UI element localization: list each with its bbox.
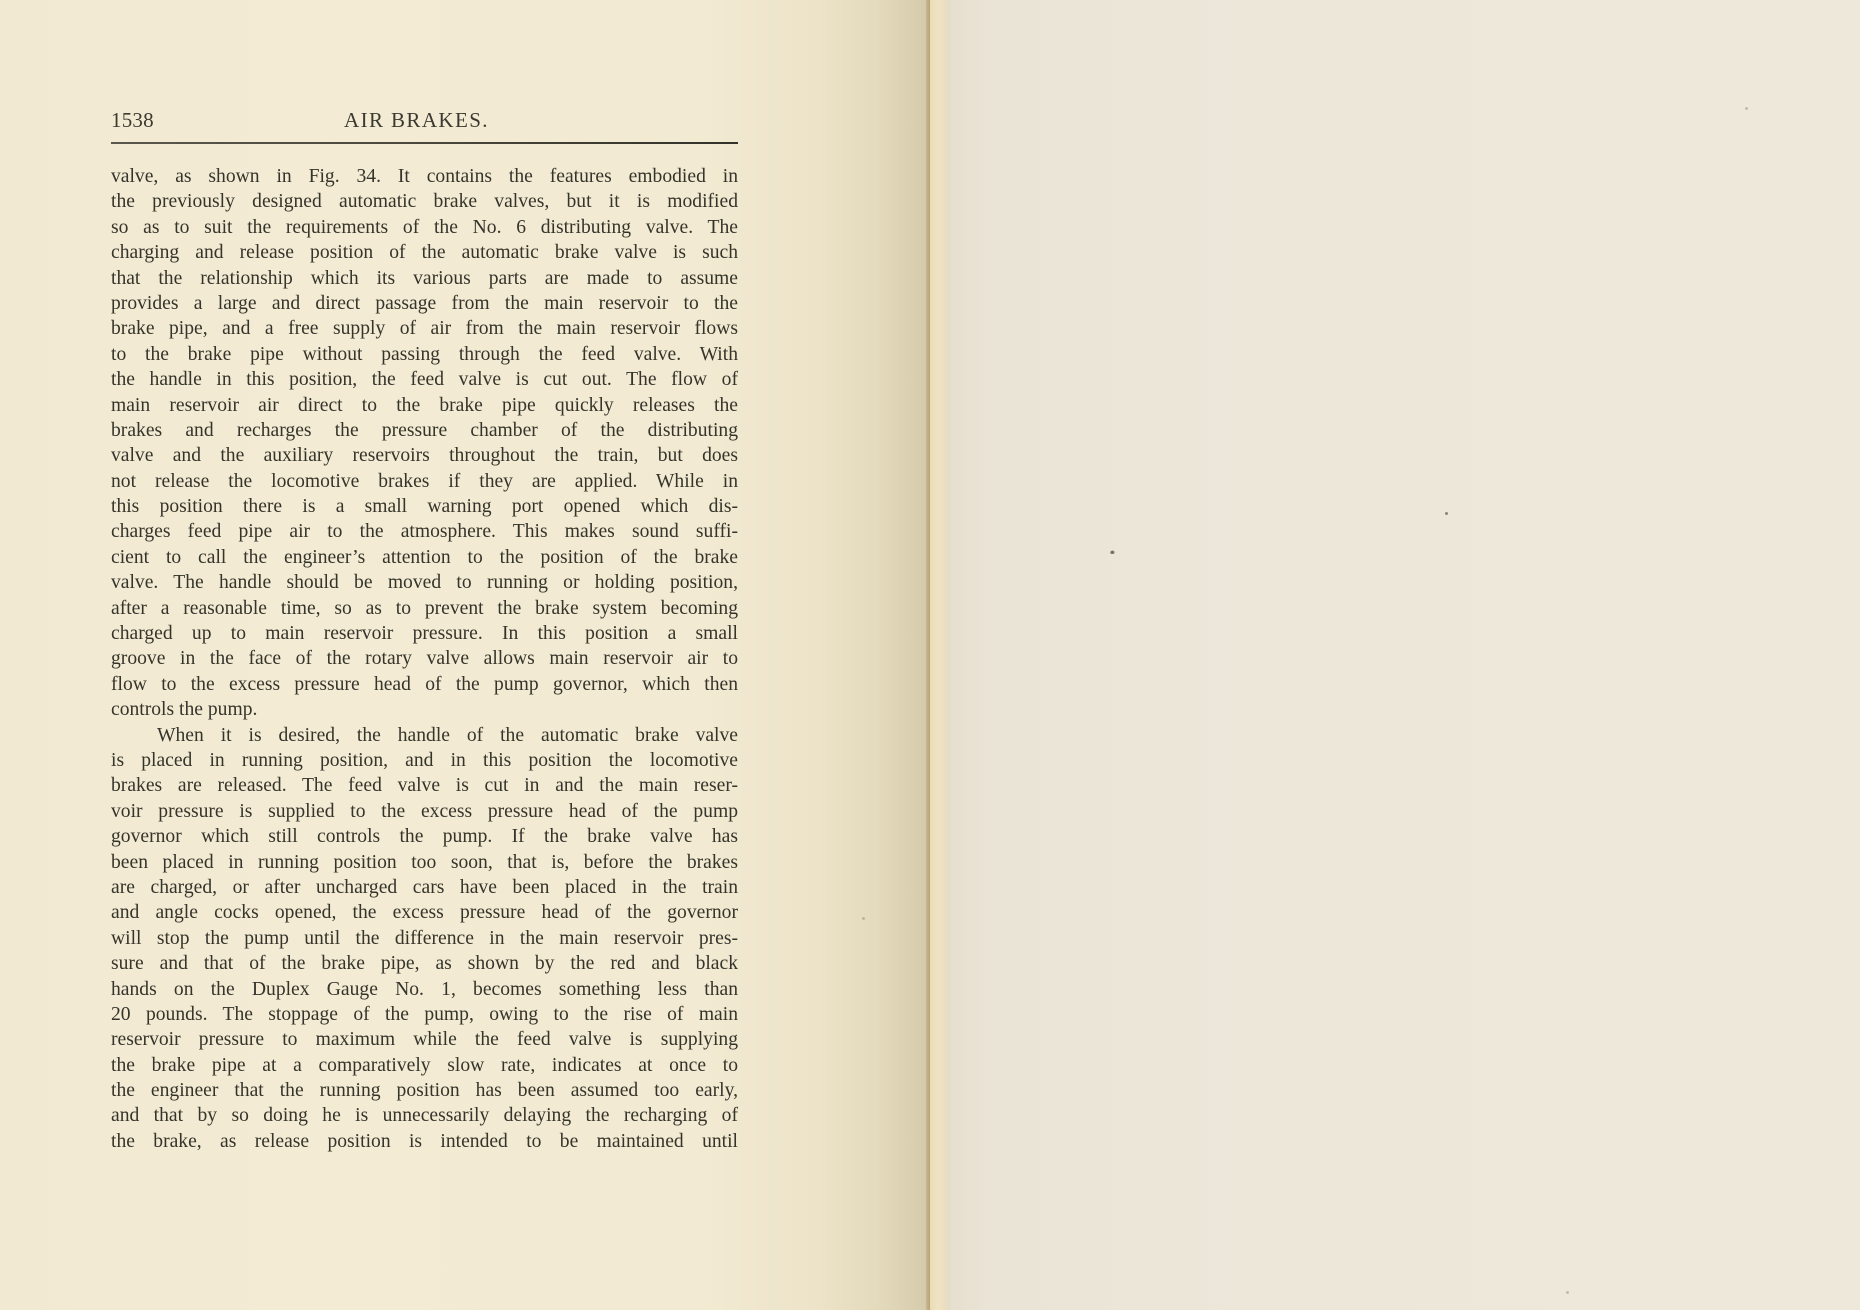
text-line: are charged, or after uncharged cars hav… (111, 875, 738, 900)
paper-speck (1745, 107, 1748, 110)
body-text: valve, as shown in Fig. 34. It contains … (111, 164, 738, 1154)
running-head: 1538 AIR BRAKES. (111, 108, 738, 134)
text-line: not release the locomotive brakes if the… (111, 469, 738, 494)
paper-speck (1566, 1291, 1569, 1294)
text-line: and that by so doing he is unnecessarily… (111, 1103, 738, 1128)
paper-speck (1445, 512, 1448, 515)
text-line: hands on the Duplex Gauge No. 1, becomes… (111, 977, 738, 1002)
paper-speck (862, 917, 865, 920)
paragraph-first-line: When it is desired, the handle of the au… (111, 723, 738, 748)
text-line: the brake pipe at a comparatively slow r… (111, 1053, 738, 1078)
running-title: AIR BRAKES. (344, 108, 489, 133)
text-line: groove in the face of the rotary valve a… (111, 646, 738, 671)
paper-speck (1111, 551, 1114, 554)
text-line: the brake, as release position is intend… (111, 1129, 738, 1154)
book-spread: 1538 AIR BRAKES. valve, as shown in Fig.… (0, 0, 1860, 1310)
text-line: so as to suit the requirements of the No… (111, 215, 738, 240)
text-line: valve, as shown in Fig. 34. It contains … (111, 164, 738, 189)
header-rule (111, 142, 738, 144)
text-line: 20 pounds. The stoppage of the pump, owi… (111, 1002, 738, 1027)
text-line: brakes and recharges the pressure chambe… (111, 418, 738, 443)
text-line: flow to the excess pressure head of the … (111, 672, 738, 697)
text-line: governor which still controls the pump. … (111, 824, 738, 849)
text-line: brake pipe, and a free supply of air fro… (111, 316, 738, 341)
text-line: charging and release position of the aut… (111, 240, 738, 265)
text-line: reservoir pressure to maximum while the … (111, 1027, 738, 1052)
text-line: and angle cocks opened, the excess press… (111, 900, 738, 925)
text-line: will stop the pump until the difference … (111, 926, 738, 951)
text-line: valve and the auxiliary reservoirs throu… (111, 443, 738, 468)
page-number: 1538 (111, 108, 154, 133)
text-line: controls the pump. (111, 697, 738, 722)
text-line: been placed in running position too soon… (111, 850, 738, 875)
text-line: the handle in this position, the feed va… (111, 367, 738, 392)
text-line: the engineer that the running position h… (111, 1078, 738, 1103)
spine (930, 0, 950, 1310)
text-line: after a reasonable time, so as to preven… (111, 596, 738, 621)
text-line: this position there is a small warning p… (111, 494, 738, 519)
text-line: that the relationship which its various … (111, 266, 738, 291)
text-line: valve. The handle should be moved to run… (111, 570, 738, 595)
text-line: to the brake pipe without passing throug… (111, 342, 738, 367)
text-line: cient to call the engineer’s attention t… (111, 545, 738, 570)
text-line: main reservoir air direct to the brake p… (111, 393, 738, 418)
right-page-blank (950, 0, 1860, 1310)
text-line: the previously designed automatic brake … (111, 189, 738, 214)
text-line: voir pressure is supplied to the excess … (111, 799, 738, 824)
text-line: sure and that of the brake pipe, as show… (111, 951, 738, 976)
text-line: is placed in running position, and in th… (111, 748, 738, 773)
text-line: provides a large and direct passage from… (111, 291, 738, 316)
text-line: charged up to main reservoir pressure. I… (111, 621, 738, 646)
text-line: brakes are released. The feed valve is c… (111, 773, 738, 798)
text-line: charges feed pipe air to the atmosphere.… (111, 519, 738, 544)
